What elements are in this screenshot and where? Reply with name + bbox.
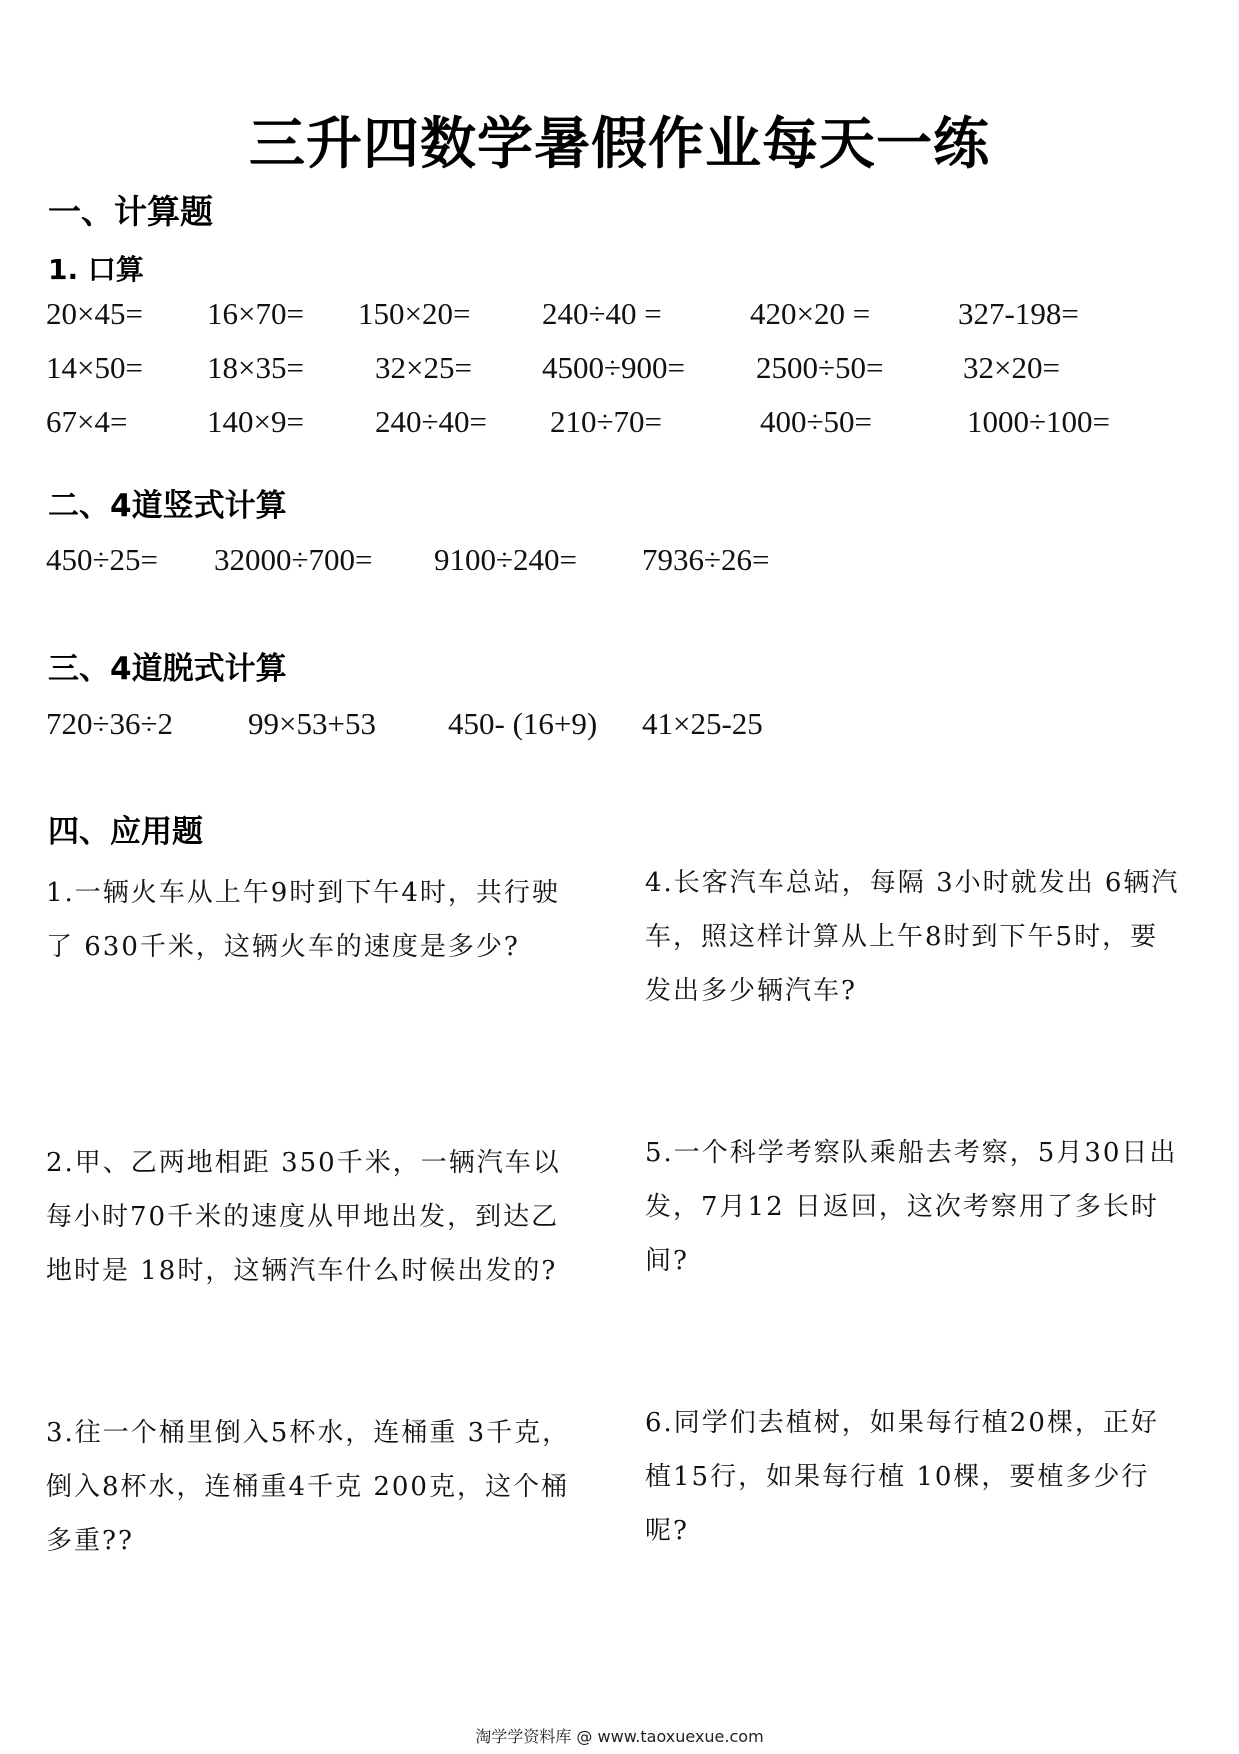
section-heading-vertical-calc: 二、4道竖式计算 (48, 480, 287, 525)
expression: 420×20 = (750, 296, 870, 332)
section-heading-word-problems: 四、应用题 (48, 806, 203, 851)
expression: 32×25= (375, 350, 472, 386)
expression: 720÷36÷2 (46, 706, 173, 742)
page-title: 三升四数学暑假作业每天一练 (0, 100, 1239, 180)
expression: 9100÷240= (434, 542, 577, 578)
footer-watermark: 淘学学资料库 @ www.taoxuexue.com (0, 1724, 1239, 1747)
expression: 4500÷900= (542, 350, 685, 386)
expression: 20×45= (46, 296, 143, 332)
expression: 41×25-25 (642, 706, 763, 742)
word-problem-6: 6.同学们去植树，如果每行植20棵，正好植15行，如果每行植 10棵，要植多少行… (645, 1396, 1185, 1558)
word-problem-1: 1.一辆火车从上午9时到下午4时，共行驶了 630千米，这辆火车的速度是多少? (46, 866, 586, 974)
expression: 327-198= (958, 296, 1079, 332)
section-heading-calculation: 一、计算题 (48, 186, 213, 233)
expression: 2500÷50= (756, 350, 884, 386)
expression: 1000÷100= (967, 404, 1110, 440)
expression: 210÷70= (550, 404, 662, 440)
expression: 32000÷700= (214, 542, 373, 578)
expression: 67×4= (46, 404, 127, 440)
expression: 18×35= (207, 350, 304, 386)
expression: 140×9= (207, 404, 304, 440)
expression: 32×20= (963, 350, 1060, 386)
expression: 450- (16+9) (448, 706, 597, 742)
word-problem-5: 5.一个科学考察队乘船去考察，5月30日出发，7月12 日返回，这次考察用了多长… (645, 1126, 1185, 1288)
sub-heading-mental-math: 1. 口算 (48, 248, 144, 288)
section-heading-step-calc: 三、4道脱式计算 (48, 643, 287, 688)
expression: 99×53+53 (248, 706, 376, 742)
word-problem-2: 2.甲、乙两地相距 350千米，一辆汽车以每小时70千米的速度从甲地出发，到达乙… (46, 1136, 586, 1298)
expression: 14×50= (46, 350, 143, 386)
expression: 400÷50= (760, 404, 872, 440)
expression: 16×70= (207, 296, 304, 332)
expression: 450÷25= (46, 542, 158, 578)
word-problem-4: 4.长客汽车总站，每隔 3小时就发出 6辆汽车，照这样计算从上午8时到下午5时，… (645, 856, 1185, 1018)
expression: 240÷40 = (542, 296, 662, 332)
expression: 240÷40= (375, 404, 487, 440)
word-problem-3: 3.往一个桶里倒入5杯水，连桶重 3千克，倒入8杯水，连桶重4千克 200克，这… (46, 1406, 586, 1568)
expression: 7936÷26= (642, 542, 770, 578)
expression: 150×20= (358, 296, 470, 332)
